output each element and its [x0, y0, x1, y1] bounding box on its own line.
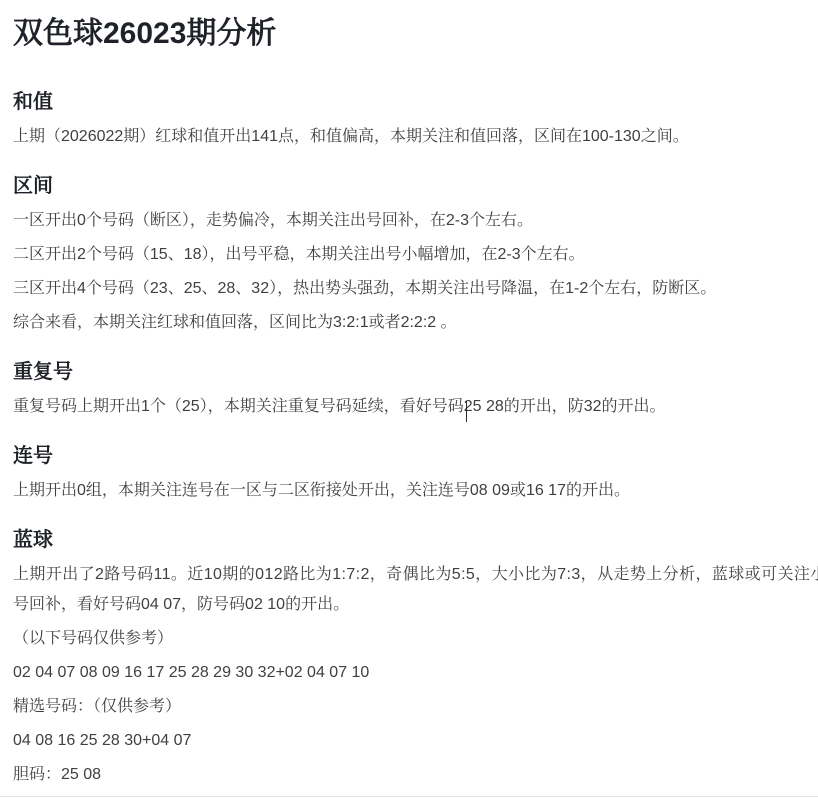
- repeat-numbers-paragraph: 重复号码上期开出1个（25），本期关注重复号码延续，看好号码25 28的开出，防…: [13, 392, 806, 422]
- blue-ball-analysis-line2: 号回补，看好号码04 07，防号码02 10的开出。: [13, 590, 806, 620]
- blue-ball-analysis-paragraph: 上期开出了2路号码11。近10期的012路比为1:7:2，奇偶比为5:5，大小比…: [13, 560, 806, 620]
- selected-numbers-line: 04 08 16 25 28 30+04 07: [13, 726, 806, 756]
- recommended-numbers-line: 02 04 07 08 09 16 17 25 28 29 30 32+02 0…: [13, 658, 806, 688]
- heading-consecutive-numbers: 连号: [13, 442, 806, 470]
- dan-numbers-line: 胆码：25 08: [13, 760, 806, 790]
- consecutive-numbers-paragraph: 上期开出0组，本期关注连号在一区与二区衔接处开出，关注连号08 09或16 17…: [13, 476, 806, 506]
- zone1-paragraph: 一区开出0个号码（断区），走势偏冷，本期关注出号回补，在2-3个左右。: [13, 206, 806, 236]
- zones-summary-paragraph: 综合来看，本期关注红球和值回落，区间比为3:2:1或者2:2:2 。: [13, 308, 806, 338]
- document-editor-area[interactable]: 双色球26023期分析 和值 上期（2026022期）红球和值开出141点，和值…: [0, 0, 818, 790]
- blue-ball-analysis-line1: 上期开出了2路号码11。近10期的012路比为1:7:2，奇偶比为5:5，大小比…: [13, 560, 806, 590]
- bottom-divider: [0, 796, 818, 797]
- heading-blue-ball: 蓝球: [13, 526, 806, 554]
- zone3-paragraph: 三区开出4个号码（23、25、28、32），热出势头强劲，本期关注出号降温，在1…: [13, 274, 806, 304]
- heading-sum-value: 和值: [13, 88, 806, 116]
- page-title: 双色球26023期分析: [13, 14, 806, 54]
- zone2-paragraph: 二区开出2个号码（15、18），出号平稳，本期关注出号小幅增加，在2-3个左右。: [13, 240, 806, 270]
- text-caret: [466, 401, 467, 422]
- reference-note: （以下号码仅供参考）: [13, 624, 806, 654]
- heading-zones: 区间: [13, 172, 806, 200]
- heading-repeat-numbers: 重复号: [13, 358, 806, 386]
- sum-value-paragraph: 上期（2026022期）红球和值开出141点，和值偏高，本期关注和值回落，区间在…: [13, 122, 806, 152]
- selected-numbers-label: 精选号码：（仅供参考）: [13, 692, 806, 722]
